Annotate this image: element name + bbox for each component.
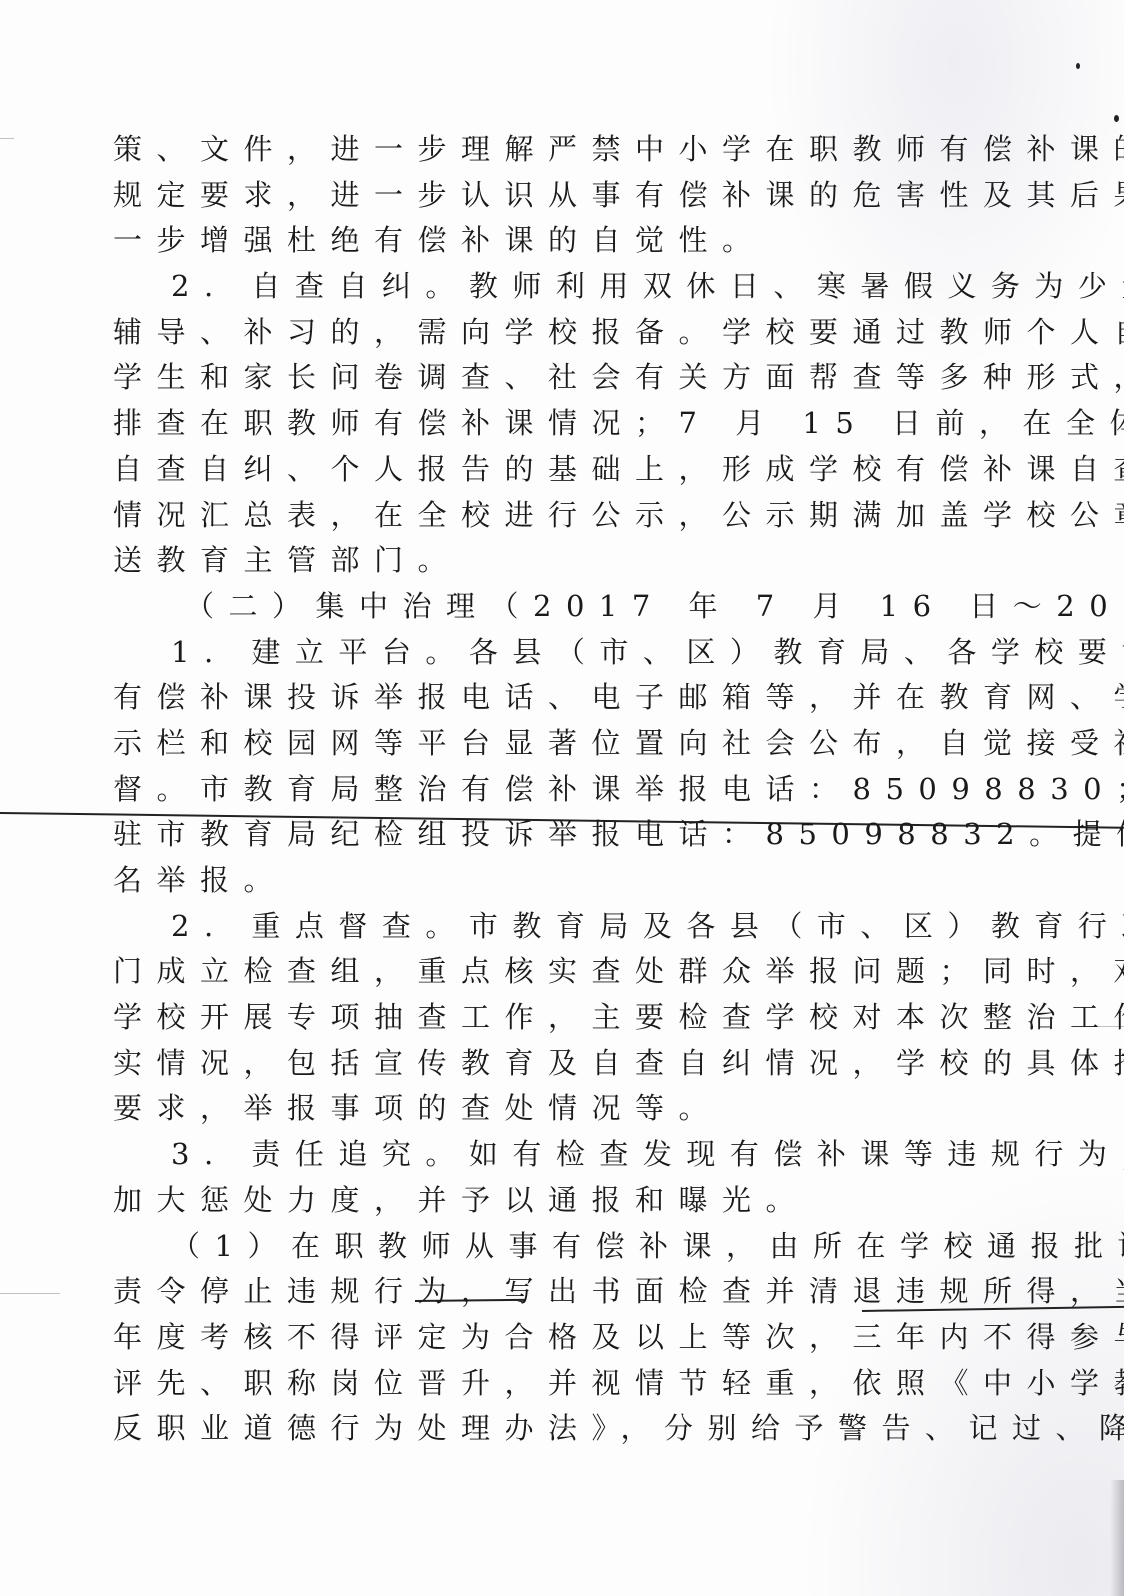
text-line: 策、文件，进一步理解严禁中小学在职教师有偿补课的有关 <box>113 127 958 173</box>
scan-speck <box>1076 63 1080 69</box>
text-line: 规定要求，进一步认识从事有偿补课的危害性及其后果，进 <box>113 173 958 219</box>
scan-dash-left-2 <box>0 138 14 139</box>
scan-edge-shadow <box>1110 1480 1124 1596</box>
text-line: 示栏和校园网等平台显著位置向社会公布，自觉接受社会监 <box>113 721 958 767</box>
text-line: 评先、职称岗位晋升，并视情节轻重，依照《中小学教师违 <box>113 1361 958 1407</box>
text-line: 一步增强杜绝有偿补课的自觉性。 <box>113 218 958 264</box>
text-line-hotline: 督。市教育局整治有偿补课举报电话：85098830；市纪委派 <box>113 767 958 813</box>
text-line: 排查在职教师有偿补课情况；7 月 15 日前，在全体在职教师 <box>113 401 958 447</box>
document-body: 策、文件，进一步理解严禁中小学在职教师有偿补课的有关 规定要求，进一步认识从事有… <box>113 127 958 1452</box>
scanned-page: 策、文件，进一步理解严禁中小学在职教师有偿补课的有关 规定要求，进一步认识从事有… <box>0 0 1124 1596</box>
text-line: 责令停止违规行为，写出书面检查并清退违规所得，当事人 <box>113 1269 958 1315</box>
text-line: 名举报。 <box>113 858 958 904</box>
text-line: 学校开展专项抽查工作，主要检查学校对本次整治工作的落 <box>113 995 958 1041</box>
section-item-self-check: 2. 自查自纠。教师利用双休日、寒暑假义务为少量学生 <box>113 264 958 310</box>
text-line: 自查自纠、个人报告的基础上，形成学校有偿补课自查自纠 <box>113 447 958 493</box>
sub-item-1: （1）在职教师从事有偿补课，由所在学校通报批评， <box>113 1224 958 1270</box>
text-line: 辅导、补习的，需向学校报备。学校要通过教师个人自查、 <box>113 310 958 356</box>
section-item-accountability: 3. 责任追究。如有检查发现有偿补课等违规行为，将 <box>113 1132 958 1178</box>
text-line: 送教育主管部门。 <box>113 538 958 584</box>
text-line: 情况汇总表，在全校进行公示，公示期满加盖学校公章并报 <box>113 493 958 539</box>
section-item-key-inspection: 2. 重点督查。市教育局及各县（市、区）教育行政部 <box>113 904 958 950</box>
scan-dash-left <box>0 1293 60 1294</box>
section-item-build-platform: 1. 建立平台。各县（市、区）教育局、各学校要设立 <box>113 630 958 676</box>
text-line: 加大惩处力度，并予以通报和曝光。 <box>113 1178 958 1224</box>
text-line: 实情况，包括宣传教育及自查自纠情况，学校的具体措施及 <box>113 1041 958 1087</box>
text-line: 反职业道德行为处理办法》，分别给予警告、记过、降低专 <box>113 1406 958 1452</box>
text-line-hotline: 驻市教育局纪检组投诉举报电话：85098832。提倡和鼓励实 <box>113 812 958 858</box>
text-line: 有偿补课投诉举报电话、电子邮箱等，并在教育网、学校公 <box>113 675 958 721</box>
text-line: 要求，举报事项的查处情况等。 <box>113 1086 958 1132</box>
text-line: 年度考核不得评定为合格及以上等次，三年内不得参与评优 <box>113 1315 958 1361</box>
section-heading-centralized-governance: （二）集中治理（2017 年 7 月 16 日～2017 年 12 月底） <box>113 584 958 630</box>
scan-speck <box>1114 115 1119 122</box>
text-line: 学生和家长问卷调查、社会有关方面帮查等多种形式，周密 <box>113 355 958 401</box>
text-line: 门成立检查组，重点核实查处群众举报问题；同时，对所属 <box>113 949 958 995</box>
